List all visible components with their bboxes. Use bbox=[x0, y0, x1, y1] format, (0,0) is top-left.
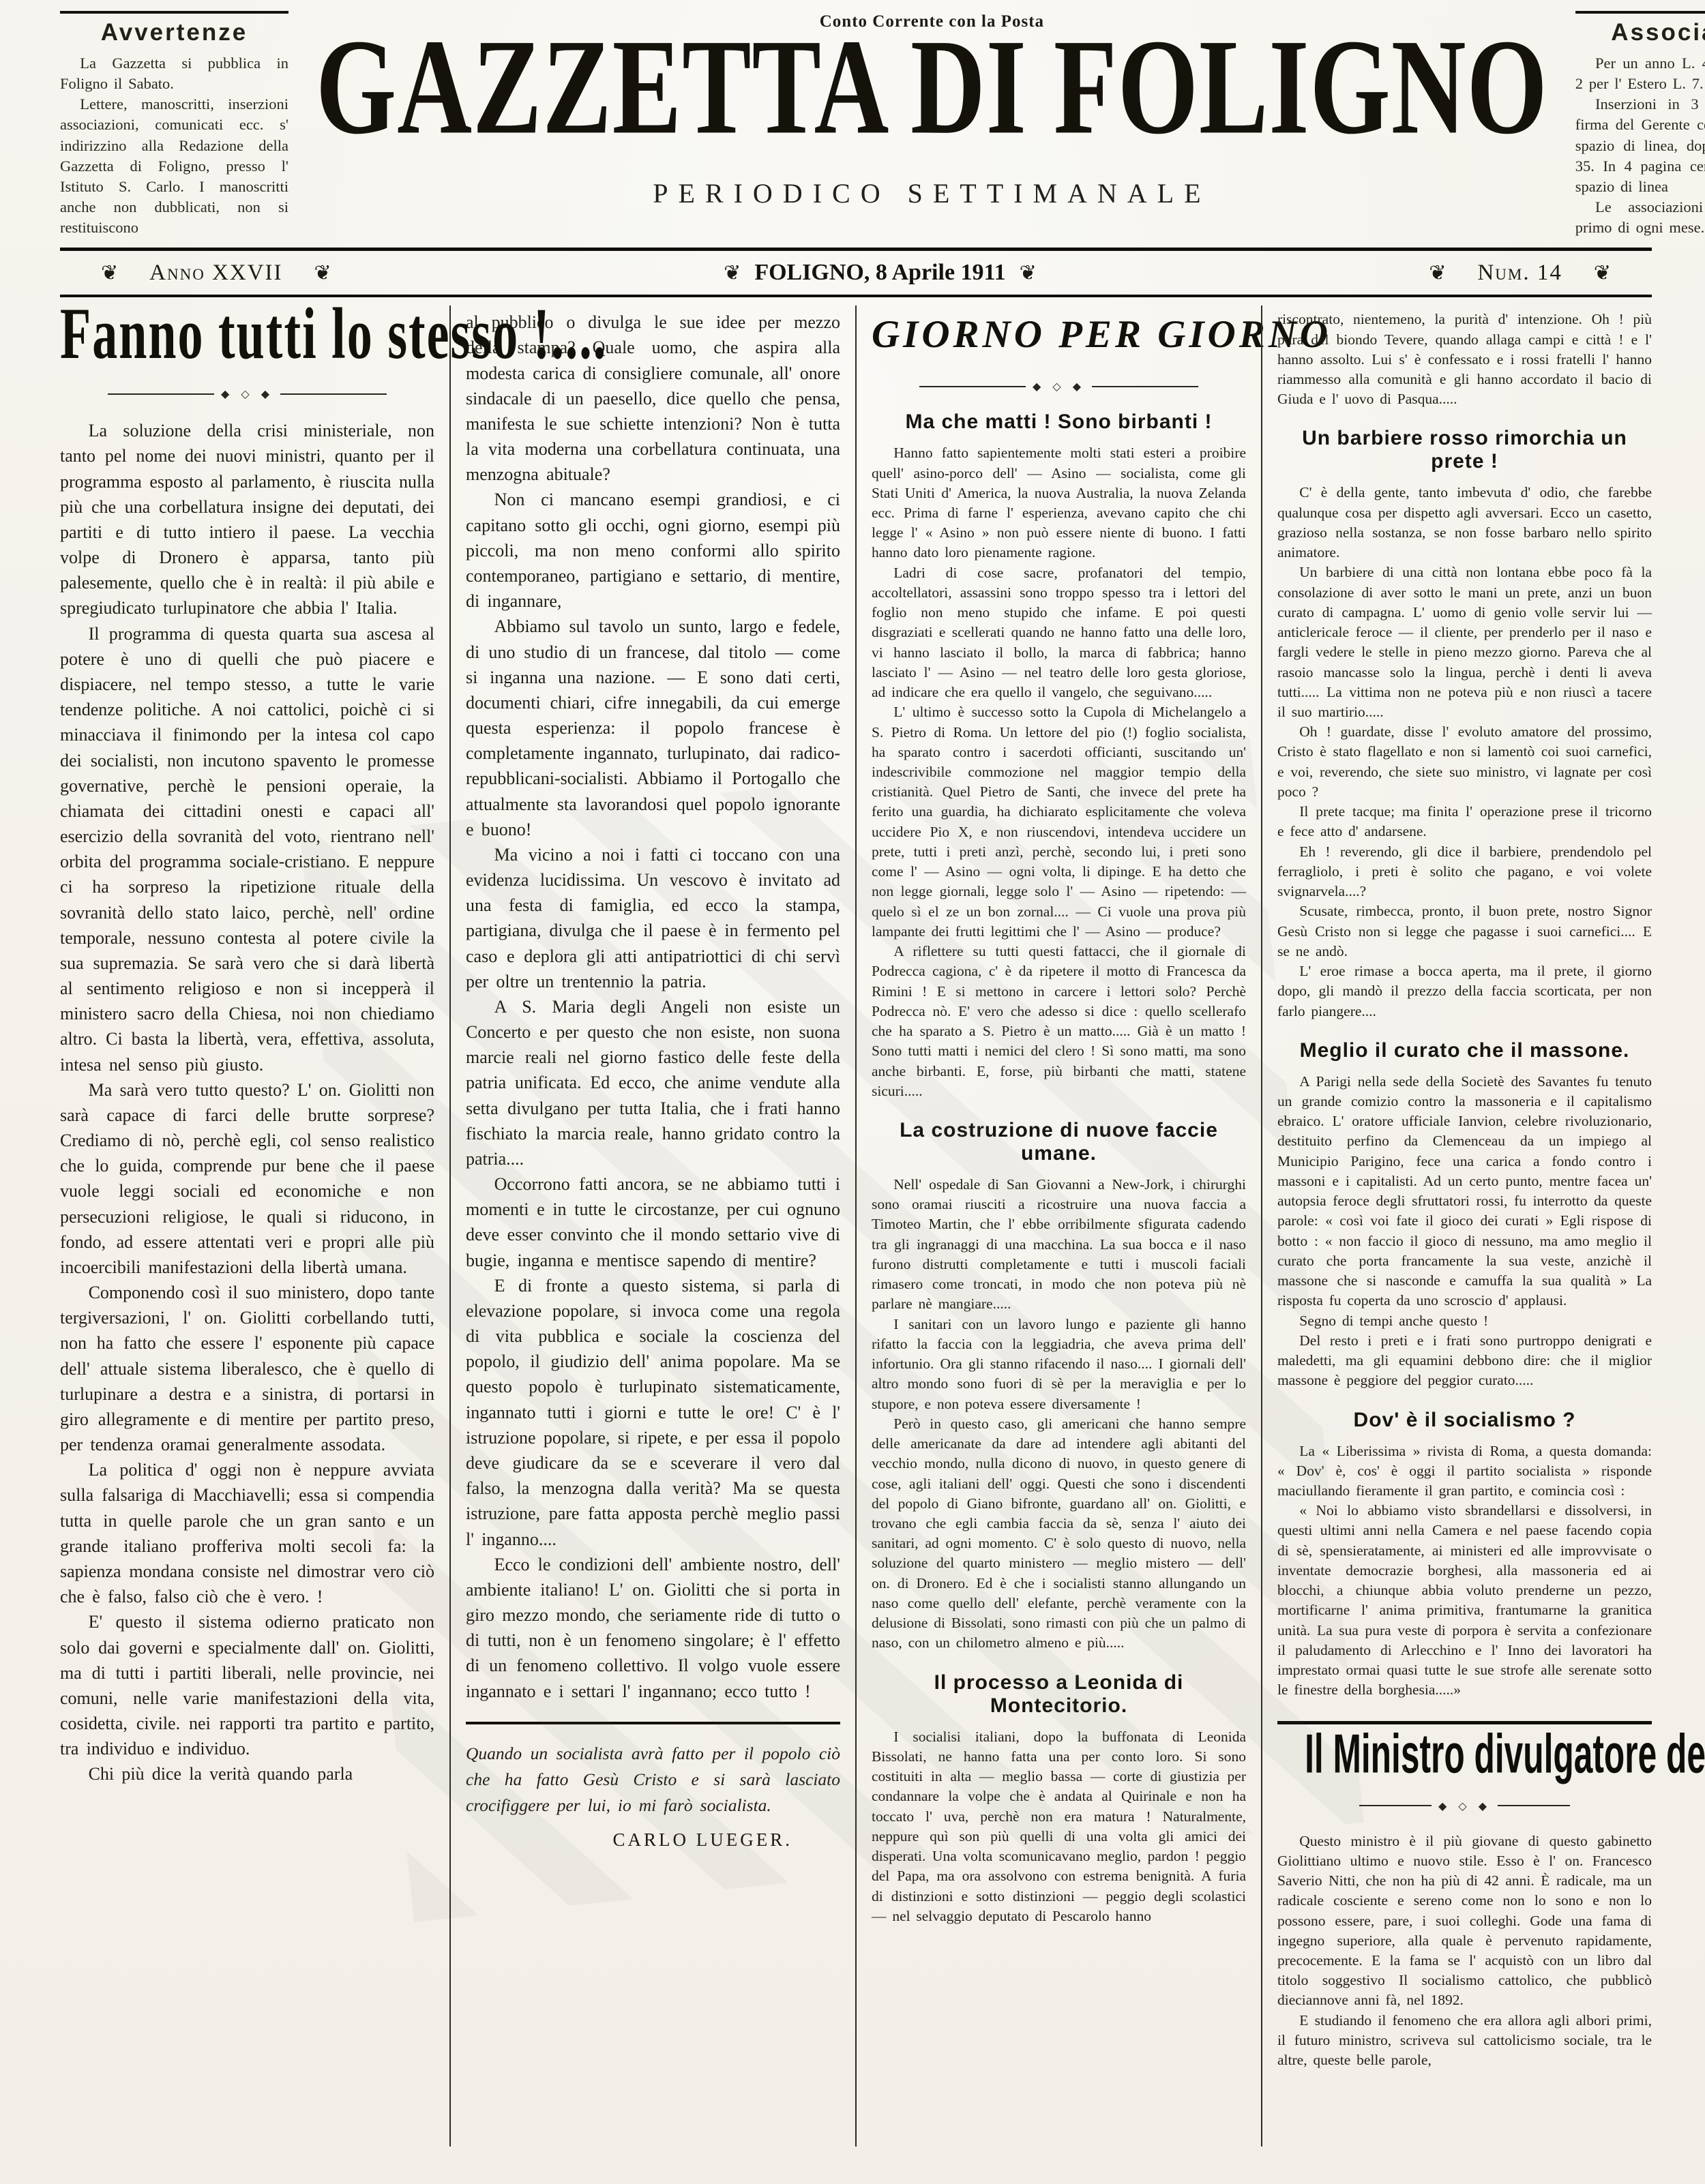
body-columns: Fanno tutti lo stesso !.... ◆ ◇ ◆ La sol… bbox=[60, 305, 1652, 2146]
subhead: Un barbiere rosso rimorchia un prete ! bbox=[1277, 427, 1652, 473]
ornament-divider: ◆ ◇ ◆ bbox=[108, 387, 387, 400]
divider-ornament-icon: ◆ ◇ ◆ bbox=[221, 387, 273, 400]
quote-text: Quando un socialista avrà fatto per il p… bbox=[466, 1741, 840, 1819]
associazioni-text: Le associazioni decorrono col primo di o… bbox=[1575, 197, 1705, 238]
masthead: Avvertenze La Gazzetta si pubblica in Fo… bbox=[60, 11, 1652, 238]
paragraph: Nell' ospedale di San Giovanni a New-Jor… bbox=[872, 1175, 1246, 1315]
paragraph: riscontrato, nientemeno, la purità d' in… bbox=[1277, 310, 1652, 409]
paragraph: Chi più dice la verità quando parla bbox=[60, 1761, 434, 1786]
paragraph: Occorrono fatti ancora, se ne abbiamo tu… bbox=[466, 1171, 840, 1273]
avvertenze-text: Lettere, manoscritti, inserzioni associa… bbox=[60, 94, 288, 238]
paragraph: Eh ! reverendo, gli dice il barbiere, pr… bbox=[1277, 842, 1652, 902]
fleuron-icon: ❦ bbox=[1020, 261, 1037, 285]
associazioni-title: Associazioni bbox=[1575, 19, 1705, 46]
fleuron-icon: ❦ bbox=[314, 261, 331, 285]
paragraph: Un barbiere di una città non lontana ebb… bbox=[1277, 563, 1652, 722]
paragraph: E di fronte a questo sistema, si parla d… bbox=[466, 1273, 840, 1552]
paragraph: L' ultimo è successo sotto la Cupola di … bbox=[872, 702, 1246, 942]
article1-title: Fanno tutti lo stesso !.... bbox=[60, 314, 434, 364]
divider-line bbox=[1498, 1805, 1570, 1806]
paragraph: A Parigi nella sede della Societè des Sa… bbox=[1277, 1072, 1652, 1311]
divider-line bbox=[1092, 386, 1198, 387]
subhead: La costruzione di nuove faccie umane. bbox=[872, 1119, 1246, 1165]
paragraph: Ecco le condizioni dell' ambiente nostro… bbox=[466, 1552, 840, 1704]
section-rule bbox=[466, 1722, 840, 1724]
paragraph: Non ci mancano esempi grandiosi, e ci ca… bbox=[466, 487, 840, 614]
paragraph: La « Liberissima » rivista di Roma, a qu… bbox=[1277, 1441, 1652, 1501]
subhead: Il processo a Leonida di Montecitorio. bbox=[872, 1671, 1246, 1718]
dateline-num: ❦ Num. 14 ❦ bbox=[1429, 260, 1611, 286]
article2: Il Ministro divulgatore delle nostre ide… bbox=[1277, 1721, 1652, 2071]
paper-subtitle: PERIODICO SETTIMANALE bbox=[316, 177, 1548, 209]
paragraph: Del resto i preti e i frati sono purtrop… bbox=[1277, 1331, 1652, 1391]
paragraph: Abbiamo sul tavolo un sunto, largo e fed… bbox=[466, 614, 840, 842]
paragraph: La politica d' oggi non è neppure avviat… bbox=[60, 1457, 434, 1609]
paragraph: « Noi lo abbiamo visto sbrandellarsi e d… bbox=[1277, 1501, 1652, 1700]
paragraph: Segno di tempi anche questo ! bbox=[1277, 1311, 1652, 1331]
paragraph: Questo ministro è il più giovane di ques… bbox=[1277, 1831, 1652, 2011]
column-2: al pubblico o divulga le sue idee per me… bbox=[449, 305, 855, 2146]
dateline-anno: ❦ Anno XXVII ❦ bbox=[101, 260, 331, 286]
divider-line bbox=[108, 393, 214, 395]
paragraph: A S. Maria degli Angeli non esiste un Co… bbox=[466, 994, 840, 1171]
ornament-divider: ◆ ◇ ◆ bbox=[919, 380, 1198, 393]
paragraph: Oh ! guardate, disse l' evoluto amatore … bbox=[1277, 722, 1652, 802]
paragraph: I sanitari con un lavoro lungo e pazient… bbox=[872, 1315, 1246, 1414]
paragraph: Componendo così il suo ministero, dopo t… bbox=[60, 1280, 434, 1457]
fleuron-icon: ❦ bbox=[1594, 261, 1611, 285]
fleuron-icon: ❦ bbox=[724, 261, 741, 285]
masthead-center: Conto Corrente con la Posta GAZZETTA DI … bbox=[316, 11, 1548, 209]
paragraph: I socialisi italiani, dopo la buffonata … bbox=[872, 1727, 1246, 1926]
column-1: Fanno tutti lo stesso !.... ◆ ◇ ◆ La sol… bbox=[60, 305, 449, 2146]
place-date-label: FOLIGNO, 8 Aprile 1911 bbox=[754, 260, 1005, 286]
associazioni-text: Per un anno L. 4 Per sei mesi L. 2 per l… bbox=[1575, 53, 1705, 94]
ornament-divider: ◆ ◇ ◆ bbox=[1359, 1799, 1570, 1812]
subhead: Meglio il curato che il massone. bbox=[1277, 1039, 1652, 1062]
section-title-giorno-per-giorno: GIORNO PER GIORNO bbox=[872, 312, 1246, 357]
associazioni-text: Inserzioni in 3 pagina sopra la firma de… bbox=[1575, 94, 1705, 197]
divider-line bbox=[280, 393, 387, 395]
anno-label: Anno XXVII bbox=[149, 260, 282, 286]
subhead: Dov' è il socialismo ? bbox=[1277, 1409, 1652, 1432]
avvertenze-title: Avvertenze bbox=[60, 19, 288, 46]
fleuron-icon: ❦ bbox=[101, 261, 118, 285]
notice-associazioni: Associazioni Per un anno L. 4 Per sei me… bbox=[1575, 11, 1705, 238]
dateline-date: ❦ FOLIGNO, 8 Aprile 1911 ❦ bbox=[724, 260, 1037, 286]
paper-title-text: GAZZETTA DI FOLIGNO bbox=[316, 18, 1548, 155]
newspaper-page: Avvertenze La Gazzetta si pubblica in Fo… bbox=[0, 0, 1705, 2184]
paragraph: Il prete tacque; ma finita l' operazione… bbox=[1277, 802, 1652, 841]
article2-title-text: Il Ministro divulgatore delle nostre ide… bbox=[1305, 1726, 1705, 1782]
paragraph: Ma sarà vero tutto questo? L' on. Giolit… bbox=[60, 1077, 434, 1280]
divider-ornament-icon: ◆ ◇ ◆ bbox=[1438, 1799, 1491, 1812]
paragraph: La soluzione della crisi ministeriale, n… bbox=[60, 418, 434, 620]
notice-avvertenze: Avvertenze La Gazzetta si pubblica in Fo… bbox=[60, 11, 288, 238]
paragraph: Hanno fatto sapientemente molti stati es… bbox=[872, 443, 1246, 563]
paragraph: E studiando il fenomeno che era allora a… bbox=[1277, 2011, 1652, 2071]
quote-author: CARLO LUEGER. bbox=[466, 1829, 840, 1851]
paragraph: Però in questo caso, gli americani che h… bbox=[872, 1414, 1246, 1654]
paragraph: Il programma di questa quarta sua ascesa… bbox=[60, 621, 434, 1077]
subhead: Ma che matti ! Sono birbanti ! bbox=[872, 410, 1246, 434]
divider-line bbox=[1359, 1805, 1432, 1806]
article2-title: Il Ministro divulgatore delle nostre ide… bbox=[1277, 1739, 1652, 1776]
paragraph: Ma vicino a noi i fatti ci toccano con u… bbox=[466, 842, 840, 994]
column-4: riscontrato, nientemeno, la purità d' in… bbox=[1261, 305, 1652, 2146]
dateline: ❦ Anno XXVII ❦ ❦ FOLIGNO, 8 Aprile 1911 … bbox=[60, 248, 1652, 297]
issue-number-label: Num. 14 bbox=[1477, 260, 1562, 286]
article1-title-text: Fanno tutti lo stesso !.... bbox=[60, 298, 607, 371]
paragraph: E' questo il sistema odierno praticato n… bbox=[60, 1609, 434, 1761]
fleuron-icon: ❦ bbox=[1429, 261, 1446, 285]
paragraph: Scusate, rimbecca, pronto, il buon prete… bbox=[1277, 901, 1652, 961]
paragraph: L' eroe rimase a bocca aperta, ma il pre… bbox=[1277, 961, 1652, 1021]
column-3: GIORNO PER GIORNO ◆ ◇ ◆ Ma che matti ! S… bbox=[855, 305, 1261, 2146]
paragraph: C' è della gente, tanto imbevuta d' odio… bbox=[1277, 483, 1652, 563]
paper-title: GAZZETTA DI FOLIGNO bbox=[316, 38, 1548, 142]
avvertenze-text: La Gazzetta si pubblica in Foligno il Sa… bbox=[60, 53, 288, 94]
divider-line bbox=[919, 386, 1026, 387]
divider-ornament-icon: ◆ ◇ ◆ bbox=[1033, 380, 1085, 393]
paragraph: Ladri di cose sacre, profanatori del tem… bbox=[872, 563, 1246, 703]
paragraph: A riflettere su tutti questi fattacci, c… bbox=[872, 942, 1246, 1101]
